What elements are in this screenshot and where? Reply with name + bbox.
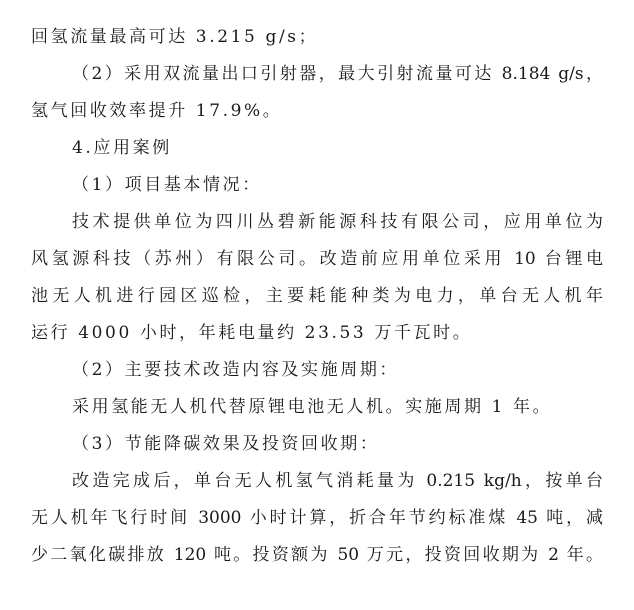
text-line-effect-1: 改造完成后，单台无人机氢气消耗量为 0.215 kg/h，按单台 [72, 466, 603, 496]
text-line-effect-3: 少二氧化碳排放 120 吨。投资额为 50 万元，投资回收期为 2 年。 [31, 540, 603, 570]
subheading-effect: （3）节能降碳效果及投资回收期： [72, 429, 603, 459]
subheading-basic-info: （1）项目基本情况： [72, 170, 603, 200]
text-line-basic-info-3: 池无人机进行园区巡检，主要耗能种类为电力，单台无人机年 [31, 281, 603, 311]
text-line-flow-tail: 回氢流量最高可达 3.215 g/s； [31, 22, 603, 52]
text-line-item-2: （2）采用双流量出口引射器，最大引射流量可达 8.184 g/s， [72, 59, 603, 89]
text-line-recovery-efficiency: 氢气回收效率提升 17.9%。 [31, 96, 603, 126]
section-heading-application-case: 4.应用案例 [72, 133, 603, 163]
text-line-effect-2: 无人机年飞行时间 3000 小时计算，折合年节约标准煤 45 吨，减 [31, 503, 603, 533]
text-line-basic-info-1: 技术提供单位为四川丛碧新能源科技有限公司，应用单位为 [72, 207, 603, 237]
subheading-retrofit: （2）主要技术改造内容及实施周期： [72, 355, 603, 385]
text-line-basic-info-4: 运行 4000 小时，年耗电量约 23.53 万千瓦时。 [31, 318, 603, 348]
text-line-retrofit: 采用氢能无人机代替原锂电池无人机。实施周期 1 年。 [72, 392, 603, 422]
text-line-basic-info-2: 风氢源科技（苏州）有限公司。改造前应用单位采用 10 台锂电 [31, 244, 603, 274]
document-page: 回氢流量最高可达 3.215 g/s； （2）采用双流量出口引射器，最大引射流量… [0, 0, 634, 610]
